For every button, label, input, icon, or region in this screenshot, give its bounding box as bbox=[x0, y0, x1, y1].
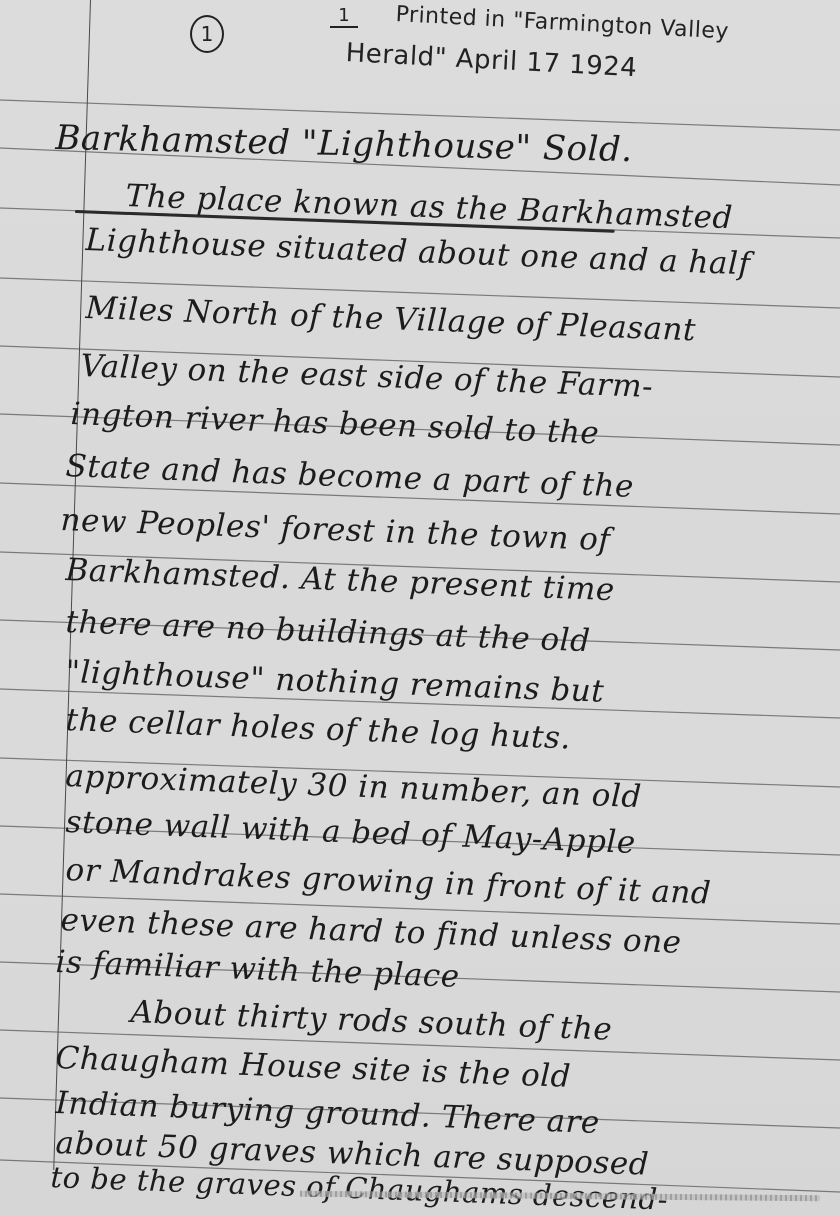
fraction-mark: 1 bbox=[330, 5, 358, 28]
scanned-page: 1 1 Printed in "Farmington Valley Herald… bbox=[0, 0, 840, 1216]
page-number-circle: 1 bbox=[190, 15, 224, 53]
